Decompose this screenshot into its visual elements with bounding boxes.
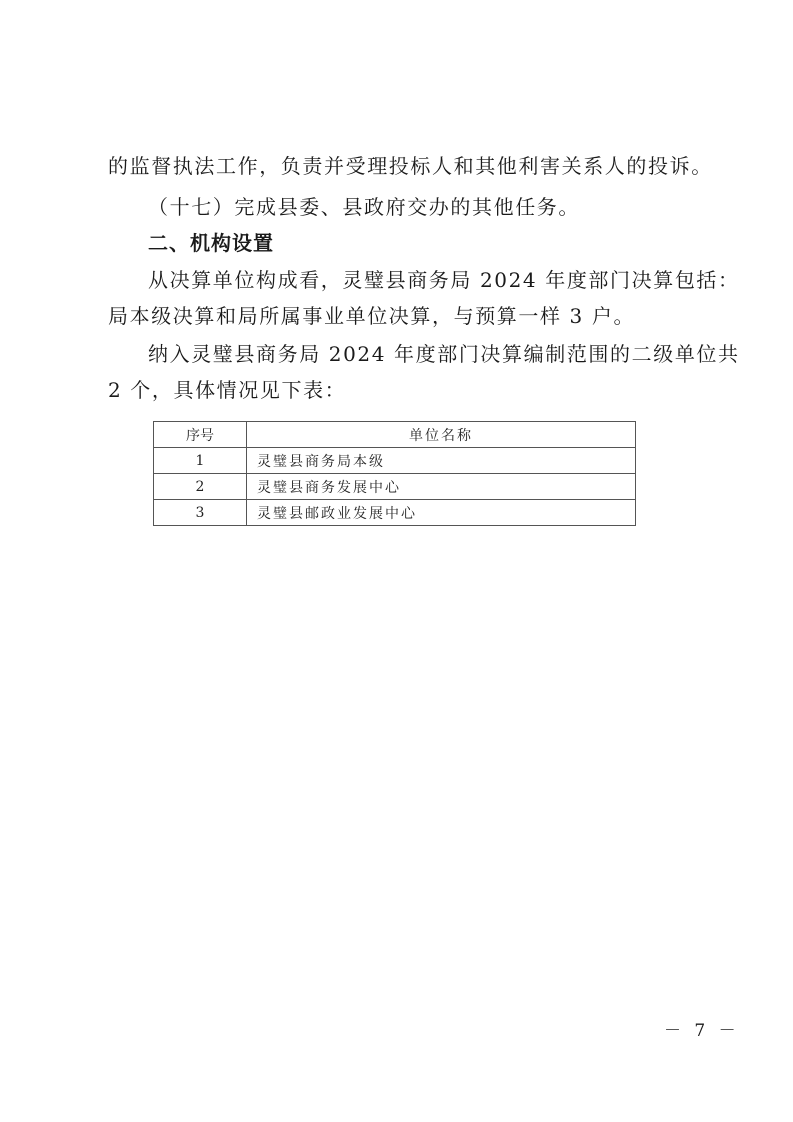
cell-unit-name: 灵璧县邮政业发展中心 xyxy=(247,500,636,526)
page-number: － 7 － xyxy=(664,1016,740,1041)
section-heading: 二、机构设置 xyxy=(148,231,274,255)
paragraph-secondary-units-line1: 纳入灵璧县商务局 2024 年度部门决算编制范围的二级单位共 xyxy=(148,342,740,366)
paragraph-secondary-units-line2: 2 个，具体情况见下表： xyxy=(108,378,346,402)
paragraph-item-17: （十七）完成县委、县政府交办的其他任务。 xyxy=(148,195,580,219)
cell-index: 2 xyxy=(154,474,247,500)
cell-index: 3 xyxy=(154,500,247,526)
units-table: 序号 单位名称 1 灵璧县商务局本级 2 灵璧县商务发展中心 3 灵璧县邮政业发… xyxy=(153,421,636,526)
table-header-row: 序号 单位名称 xyxy=(154,422,636,448)
table-row: 2 灵璧县商务发展中心 xyxy=(154,474,636,500)
paragraph-continuation: 的监督执法工作，负责并受理投标人和其他利害关系人的投诉。 xyxy=(108,154,713,178)
cell-unit-name: 灵璧县商务发展中心 xyxy=(247,474,636,500)
paragraph-budget-composition-line2: 局本级决算和局所属事业单位决算，与预算一样 3 户。 xyxy=(108,304,635,328)
cell-index: 1 xyxy=(154,448,247,474)
table-row: 3 灵璧县邮政业发展中心 xyxy=(154,500,636,526)
column-header-unit-name: 单位名称 xyxy=(247,422,636,448)
cell-unit-name: 灵璧县商务局本级 xyxy=(247,448,636,474)
column-header-index: 序号 xyxy=(154,422,247,448)
paragraph-budget-composition-line1: 从决算单位构成看，灵璧县商务局 2024 年度部门决算包括： xyxy=(148,268,740,292)
table-row: 1 灵璧县商务局本级 xyxy=(154,448,636,474)
